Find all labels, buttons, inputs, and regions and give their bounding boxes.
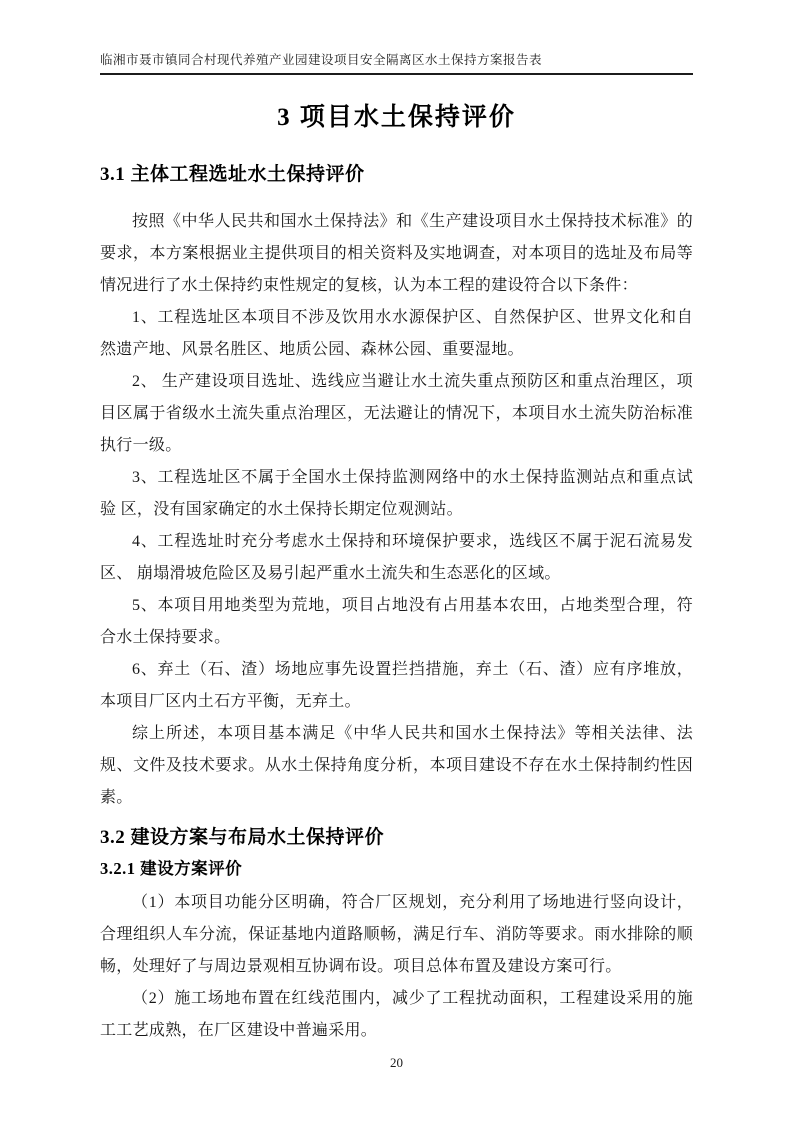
document-page: 临湘市聂市镇同合村现代养殖产业园建设项目安全隔离区水土保持方案报告表 3 项目水… [0, 0, 793, 1122]
paragraph-item-1: 1、工程选址区本项目不涉及饮用水水源保护区、自然保护区、世界文化和自然遗产地、风… [100, 302, 693, 366]
paragraph-conclusion: 综上所述，本项目基本满足《中华人民共和国水土保持法》等相关法律、法规、文件及技术… [100, 718, 693, 814]
paragraph-item-3: 3、工程选址区不属于全国水土保持监测网络中的水土保持监测站点和重点试验 区，没有… [100, 462, 693, 526]
paragraph-item-5: 5、本项目用地类型为荒地，项目占地没有占用基本农田，占地类型合理，符合水土保持要… [100, 590, 693, 654]
paragraph-item-4: 4、工程选址时充分考虑水土保持和环境保护要求，选线区不属于泥石流易发区、 崩塌滑… [100, 526, 693, 590]
paragraph-scheme-1: （1）本项目功能分区明确，符合厂区规划，充分利用了场地进行竖向设计，合理组织人车… [100, 887, 693, 983]
page-header: 临湘市聂市镇同合村现代养殖产业园建设项目安全隔离区水土保持方案报告表 [100, 50, 693, 75]
section-3-1-heading: 3.1 主体工程选址水土保持评价 [100, 159, 693, 186]
paragraph-intro: 按照《中华人民共和国水土保持法》和《生产建设项目水土保持技术标准》的要求，本方案… [100, 206, 693, 302]
section-3-2-heading: 3.2 建设方案与布局水土保持评价 [100, 822, 693, 849]
paragraph-item-6: 6、弃土（石、渣）场地应事先设置拦挡措施，弃土（石、渣）应有序堆放，本项目厂区内… [100, 654, 693, 718]
paragraph-item-2: 2、 生产建设项目选址、选线应当避让水土流失重点预防区和重点治理区，项目区属于省… [100, 366, 693, 462]
chapter-title: 3 项目水土保持评价 [100, 97, 693, 133]
section-3-1: 3.1 主体工程选址水土保持评价 按照《中华人民共和国水土保持法》和《生产建设项… [100, 159, 693, 814]
section-3-2-1-heading: 3.2.1 建设方案评价 [100, 855, 693, 879]
page-number: 20 [100, 1055, 693, 1071]
section-3-2: 3.2 建设方案与布局水土保持评价 3.2.1 建设方案评价 （1）本项目功能分… [100, 822, 693, 1047]
paragraph-scheme-2: （2）施工场地布置在红线范围内，减少了工程扰动面积，工程建设采用的施工工艺成熟，… [100, 983, 693, 1047]
